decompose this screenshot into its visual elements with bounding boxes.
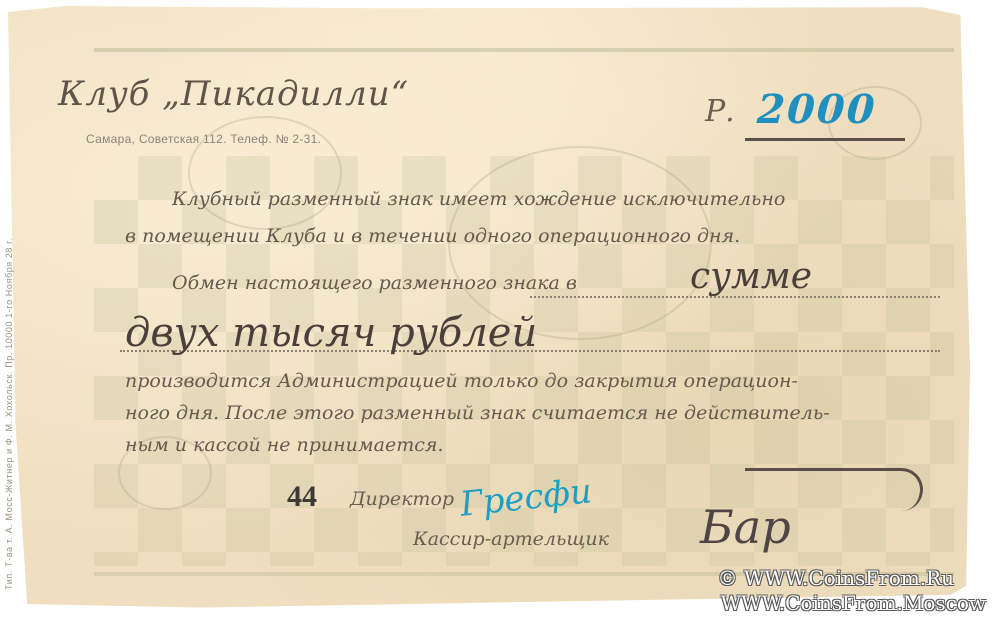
club-title: Клуб „Пикадилли“ (58, 74, 409, 114)
watermark-line2: WWW.CoinsFrom.Moscow (721, 591, 986, 615)
handwritten-amount-text: двух тысяч рублей (125, 310, 537, 356)
club-address: Самара, Советская 112. Телеф. № 2-31. (86, 132, 321, 146)
paragraph2-line5: ным и кассой не принимается. (125, 434, 444, 456)
paragraph2-line3: производится Администрацией только до за… (125, 370, 798, 392)
cashier-label: Кассир-артельщик (413, 528, 609, 550)
amount-numeric: 2000 (751, 86, 882, 133)
amount-underline (745, 138, 905, 141)
printer-imprint: Тип. Т-ва т. А. Мосс-Житнер и Ф. М. Хохо… (4, 238, 14, 590)
cashier-signature: Бар (700, 500, 791, 554)
paragraph2-line1-printed: Обмен настоящего разменного знака в (172, 272, 577, 294)
rouble-sign: Р. (705, 94, 735, 129)
paragraph1-line2: в помещении Клуба и в течении одного опе… (125, 225, 740, 247)
watermark-line1: © WWW.CoinsFrom.Ru (717, 566, 954, 590)
serial-number: 44 (287, 480, 317, 514)
director-label: Директор (350, 488, 454, 510)
paragraph1-line1: Клубный разменный знак имеет хождение ис… (172, 188, 785, 210)
paragraph2-line4: ного дня. После этого разменный знак счи… (125, 402, 830, 424)
handwritten-amount-word: сумме (690, 256, 812, 297)
